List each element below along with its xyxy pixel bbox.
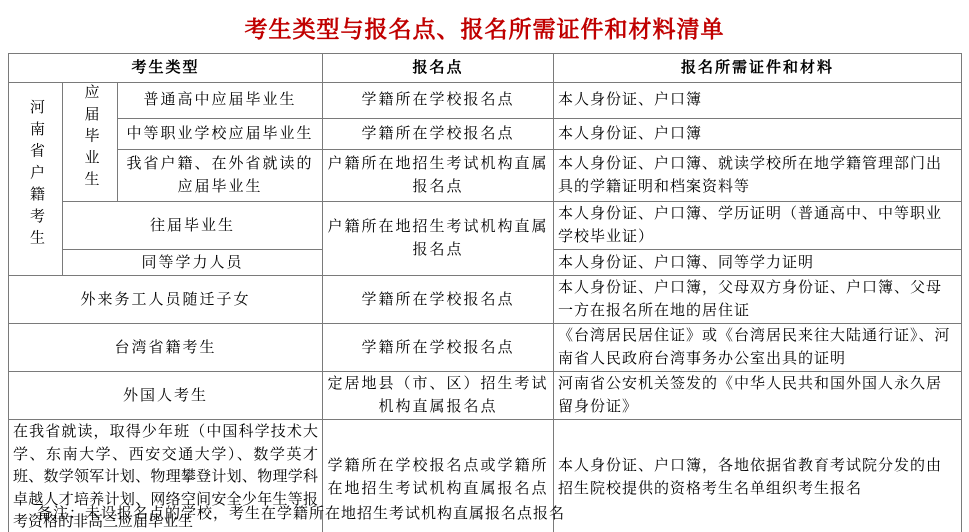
materials-cell: 本人身份证、户口簿、同等学力证明	[554, 250, 962, 276]
materials-cell: 《台湾居民居住证》或《台湾居民来往大陆通行证》、河南省人民政府台湾事务办公室出具…	[554, 324, 962, 372]
page: 考生类型与报名点、报名所需证件和材料清单 考生类型 报名点 报名所需证件和材料 …	[0, 0, 969, 532]
materials-cell: 本人身份证、户口簿	[554, 118, 962, 149]
group-fresh-graduates-label: 应届毕业生	[83, 84, 98, 193]
candidate-type-cell: 我省户籍、在外省就读的应届毕业生	[118, 150, 323, 202]
registration-site-cell: 学籍所在学校报名点	[323, 118, 554, 149]
materials-cell: 本人身份证、户口簿，父母双方身份证、户口簿、父母一方在报名所在地的居住证	[554, 276, 962, 324]
header-registration-site: 报名点	[323, 54, 554, 83]
registration-site-cell: 户籍所在地招生考试机构直属报名点	[323, 202, 554, 276]
candidate-type-cell: 外国人考生	[9, 372, 323, 420]
candidate-type-cell: 外来务工人员随迁子女	[9, 276, 323, 324]
table-row: 外国人考生 定居地县（市、区）招生考试机构直属报名点 河南省公安机关签发的《中华…	[9, 372, 962, 420]
materials-cell: 河南省公安机关签发的《中华人民共和国外国人永久居留身份证》	[554, 372, 962, 420]
table-row: 我省户籍、在外省就读的应届毕业生 户籍所在地招生考试机构直属报名点 本人身份证、…	[9, 150, 962, 202]
group-fresh-graduates-cell: 应届毕业生	[63, 83, 118, 202]
candidate-type-cell: 台湾省籍考生	[9, 324, 323, 372]
materials-cell: 本人身份证、户口簿	[554, 83, 962, 119]
candidate-type-cell: 中等职业学校应届毕业生	[118, 118, 323, 149]
table-row: 河南省户籍考生 应届毕业生 普通高中应届毕业生 学籍所在学校报名点 本人身份证、…	[9, 83, 962, 119]
registration-site-cell: 定居地县（市、区）招生考试机构直属报名点	[323, 372, 554, 420]
registration-table: 考生类型 报名点 报名所需证件和材料 河南省户籍考生 应届毕业生 普通高中应届毕…	[8, 53, 962, 532]
group-henan-household-label: 河南省户籍考生	[28, 99, 43, 251]
header-materials: 报名所需证件和材料	[554, 54, 962, 83]
registration-site-cell: 学籍所在学校报名点	[323, 83, 554, 119]
materials-cell: 本人身份证、户口簿、学历证明（普通高中、中等职业学校毕业证）	[554, 202, 962, 250]
registration-site-cell: 学籍所在学校报名点	[323, 324, 554, 372]
table-row: 往届毕业生 户籍所在地招生考试机构直属报名点 本人身份证、户口簿、学历证明（普通…	[9, 202, 962, 250]
candidate-type-cell: 同等学力人员	[63, 250, 323, 276]
page-title: 考生类型与报名点、报名所需证件和材料清单	[0, 11, 969, 44]
table-row: 中等职业学校应届毕业生 学籍所在学校报名点 本人身份证、户口簿	[9, 118, 962, 149]
table-header-row: 考生类型 报名点 报名所需证件和材料	[9, 54, 962, 83]
registration-site-cell: 户籍所在地招生考试机构直属报名点	[323, 150, 554, 202]
candidate-type-cell: 普通高中应届毕业生	[118, 83, 323, 119]
materials-cell: 本人身份证、户口簿，各地依据省教育考试院分发的由招生院校提供的资格考生名单组织考…	[554, 420, 962, 532]
header-candidate-type: 考生类型	[9, 54, 323, 83]
footnote: 备注：未设报名点的学校，考生在学籍所在地招生考试机构直属报名点报名	[37, 502, 565, 523]
table-row: 台湾省籍考生 学籍所在学校报名点 《台湾居民居住证》或《台湾居民来往大陆通行证》…	[9, 324, 962, 372]
group-henan-household-cell: 河南省户籍考生	[9, 83, 63, 276]
table-row: 外来务工人员随迁子女 学籍所在学校报名点 本人身份证、户口簿，父母双方身份证、户…	[9, 276, 962, 324]
registration-site-cell: 学籍所在学校报名点	[323, 276, 554, 324]
candidate-type-cell: 往届毕业生	[63, 202, 323, 250]
materials-cell: 本人身份证、户口簿、就读学校所在地学籍管理部门出具的学籍证明和档案资料等	[554, 150, 962, 202]
